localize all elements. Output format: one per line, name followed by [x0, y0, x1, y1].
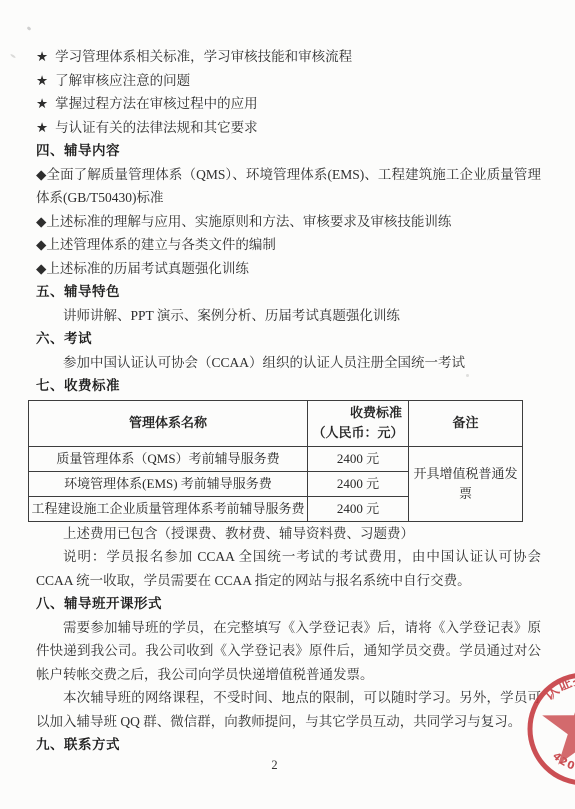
- list-item-text: 上述管理体系的建立与各类文件的编制: [46, 237, 276, 252]
- star-bullet-icon: ★: [36, 116, 48, 140]
- table-row: 质量管理体系（QMS）考前辅导服务费 2400 元 开具增值税普通发票: [29, 446, 523, 471]
- cell-fee: 2400 元: [308, 446, 409, 471]
- list-item: ★与认证有关的法律法规和其它要求: [36, 116, 541, 140]
- diamond-bullet-icon: ◆: [36, 163, 46, 187]
- list-item: ★掌握过程方法在审核过程中的应用: [36, 92, 541, 116]
- table-header-row: 管理体系名称 收费标准 （人民币：元） 备注: [29, 400, 523, 446]
- cell-system-name: 环境管理体系(EMS) 考前辅导服务费: [29, 471, 308, 496]
- cell-system-name: 质量管理体系（QMS）考前辅导服务费: [29, 446, 308, 471]
- list-item: ◆全面了解质量管理体系（QMS）、环境管理体系(EMS)、工程建筑施工企业质量管…: [36, 163, 541, 210]
- exam-fee-note: 说明：学员报名参加 CCAA 全国统一考试的考试费用，由中国认证认可协会 CCA…: [36, 545, 541, 592]
- header-cell-remark: 备注: [409, 400, 523, 446]
- fee-table: 管理体系名称 收费标准 （人民币：元） 备注 质量管理体系（QMS）考前辅导服务…: [28, 400, 523, 522]
- section-title-8: 八、辅导班开课形式: [36, 592, 541, 616]
- section8-paragraph: 本次辅导班的网络课程，不受时间、地点的限制，可以随时学习。另外，学员可以加入辅导…: [36, 686, 541, 733]
- list-item-text: 了解审核应注意的问题: [55, 73, 190, 88]
- cell-fee: 2400 元: [308, 496, 409, 521]
- diamond-bullet-icon: ◆: [36, 210, 46, 234]
- section6-body: 参加中国认证认可协会（CCAA）组织的认证人员注册全国统一考试: [36, 351, 541, 375]
- star-bullet-icon: ★: [36, 45, 48, 69]
- section5-body: 讲师讲解、PPT 演示、案例分析、历届考试真题强化训练: [36, 304, 541, 328]
- section-title-4: 四、辅导内容: [36, 139, 541, 163]
- list-item: ★了解审核应注意的问题: [36, 69, 541, 93]
- document-body: ★学习管理体系相关标准，学习审核技能和审核流程 ★了解审核应注意的问题 ★掌握过…: [36, 45, 541, 757]
- list-item: ★学习管理体系相关标准，学习审核技能和审核流程: [36, 45, 541, 69]
- list-item-text: 学习管理体系相关标准，学习审核技能和审核流程: [55, 49, 352, 64]
- scan-speck: [10, 53, 16, 58]
- list-item-text: 上述标准的理解与应用、实施原则和方法、审核要求及审核技能训练: [46, 214, 451, 229]
- diamond-bullet-icon: ◆: [36, 233, 46, 257]
- section-title-5: 五、辅导特色: [36, 280, 541, 304]
- section-title-9: 九、联系方式: [36, 733, 541, 757]
- header-cell-fee: 收费标准 （人民币：元）: [308, 400, 409, 446]
- header-fee-line2: （人民币：元）: [310, 423, 406, 443]
- header-cell-system-name: 管理体系名称: [29, 400, 308, 446]
- section8-paragraph: 需要参加辅导班的学员，在完整填写《入学登记表》后，请将《入学登记表》原件快递到我…: [36, 616, 541, 687]
- scanned-document-page: { "page": { "number": "2" }, "intro_bull…: [0, 0, 575, 809]
- list-item-text: 全面了解质量管理体系（QMS）、环境管理体系(EMS)、工程建筑施工企业质量管理…: [36, 167, 541, 206]
- scan-speck: [466, 374, 469, 377]
- list-item-text: 上述标准的历届考试真题强化训练: [46, 261, 249, 276]
- seal-graphic: 认证技 42010: [519, 664, 575, 804]
- list-item: ◆上述标准的理解与应用、实施原则和方法、审核要求及审核技能训练: [36, 210, 541, 234]
- scan-speck: [27, 26, 32, 31]
- list-item: ◆上述管理体系的建立与各类文件的编制: [36, 233, 541, 257]
- red-seal-stamp: 认证技 42010: [519, 664, 575, 804]
- star-bullet-icon: ★: [36, 92, 48, 116]
- list-item-text: 掌握过程方法在审核过程中的应用: [55, 96, 258, 111]
- star-bullet-icon: ★: [36, 69, 48, 93]
- header-fee-line1: 收费标准: [310, 403, 406, 423]
- section-title-6: 六、考试: [36, 327, 541, 351]
- list-item-text: 与认证有关的法律法规和其它要求: [55, 120, 258, 135]
- cell-system-name: 工程建设施工企业质量管理体系考前辅导服务费: [29, 496, 308, 521]
- section-title-7: 七、收费标准: [36, 374, 541, 398]
- list-item: ◆上述标准的历届考试真题强化训练: [36, 257, 541, 281]
- fee-included-note: 上述费用已包含（授课费、教材费、辅导资料费、习题费）: [36, 522, 541, 546]
- cell-fee: 2400 元: [308, 471, 409, 496]
- page-number: 2: [0, 758, 575, 773]
- diamond-bullet-icon: ◆: [36, 257, 46, 281]
- cell-remark-merged: 开具增值税普通发票: [409, 446, 523, 521]
